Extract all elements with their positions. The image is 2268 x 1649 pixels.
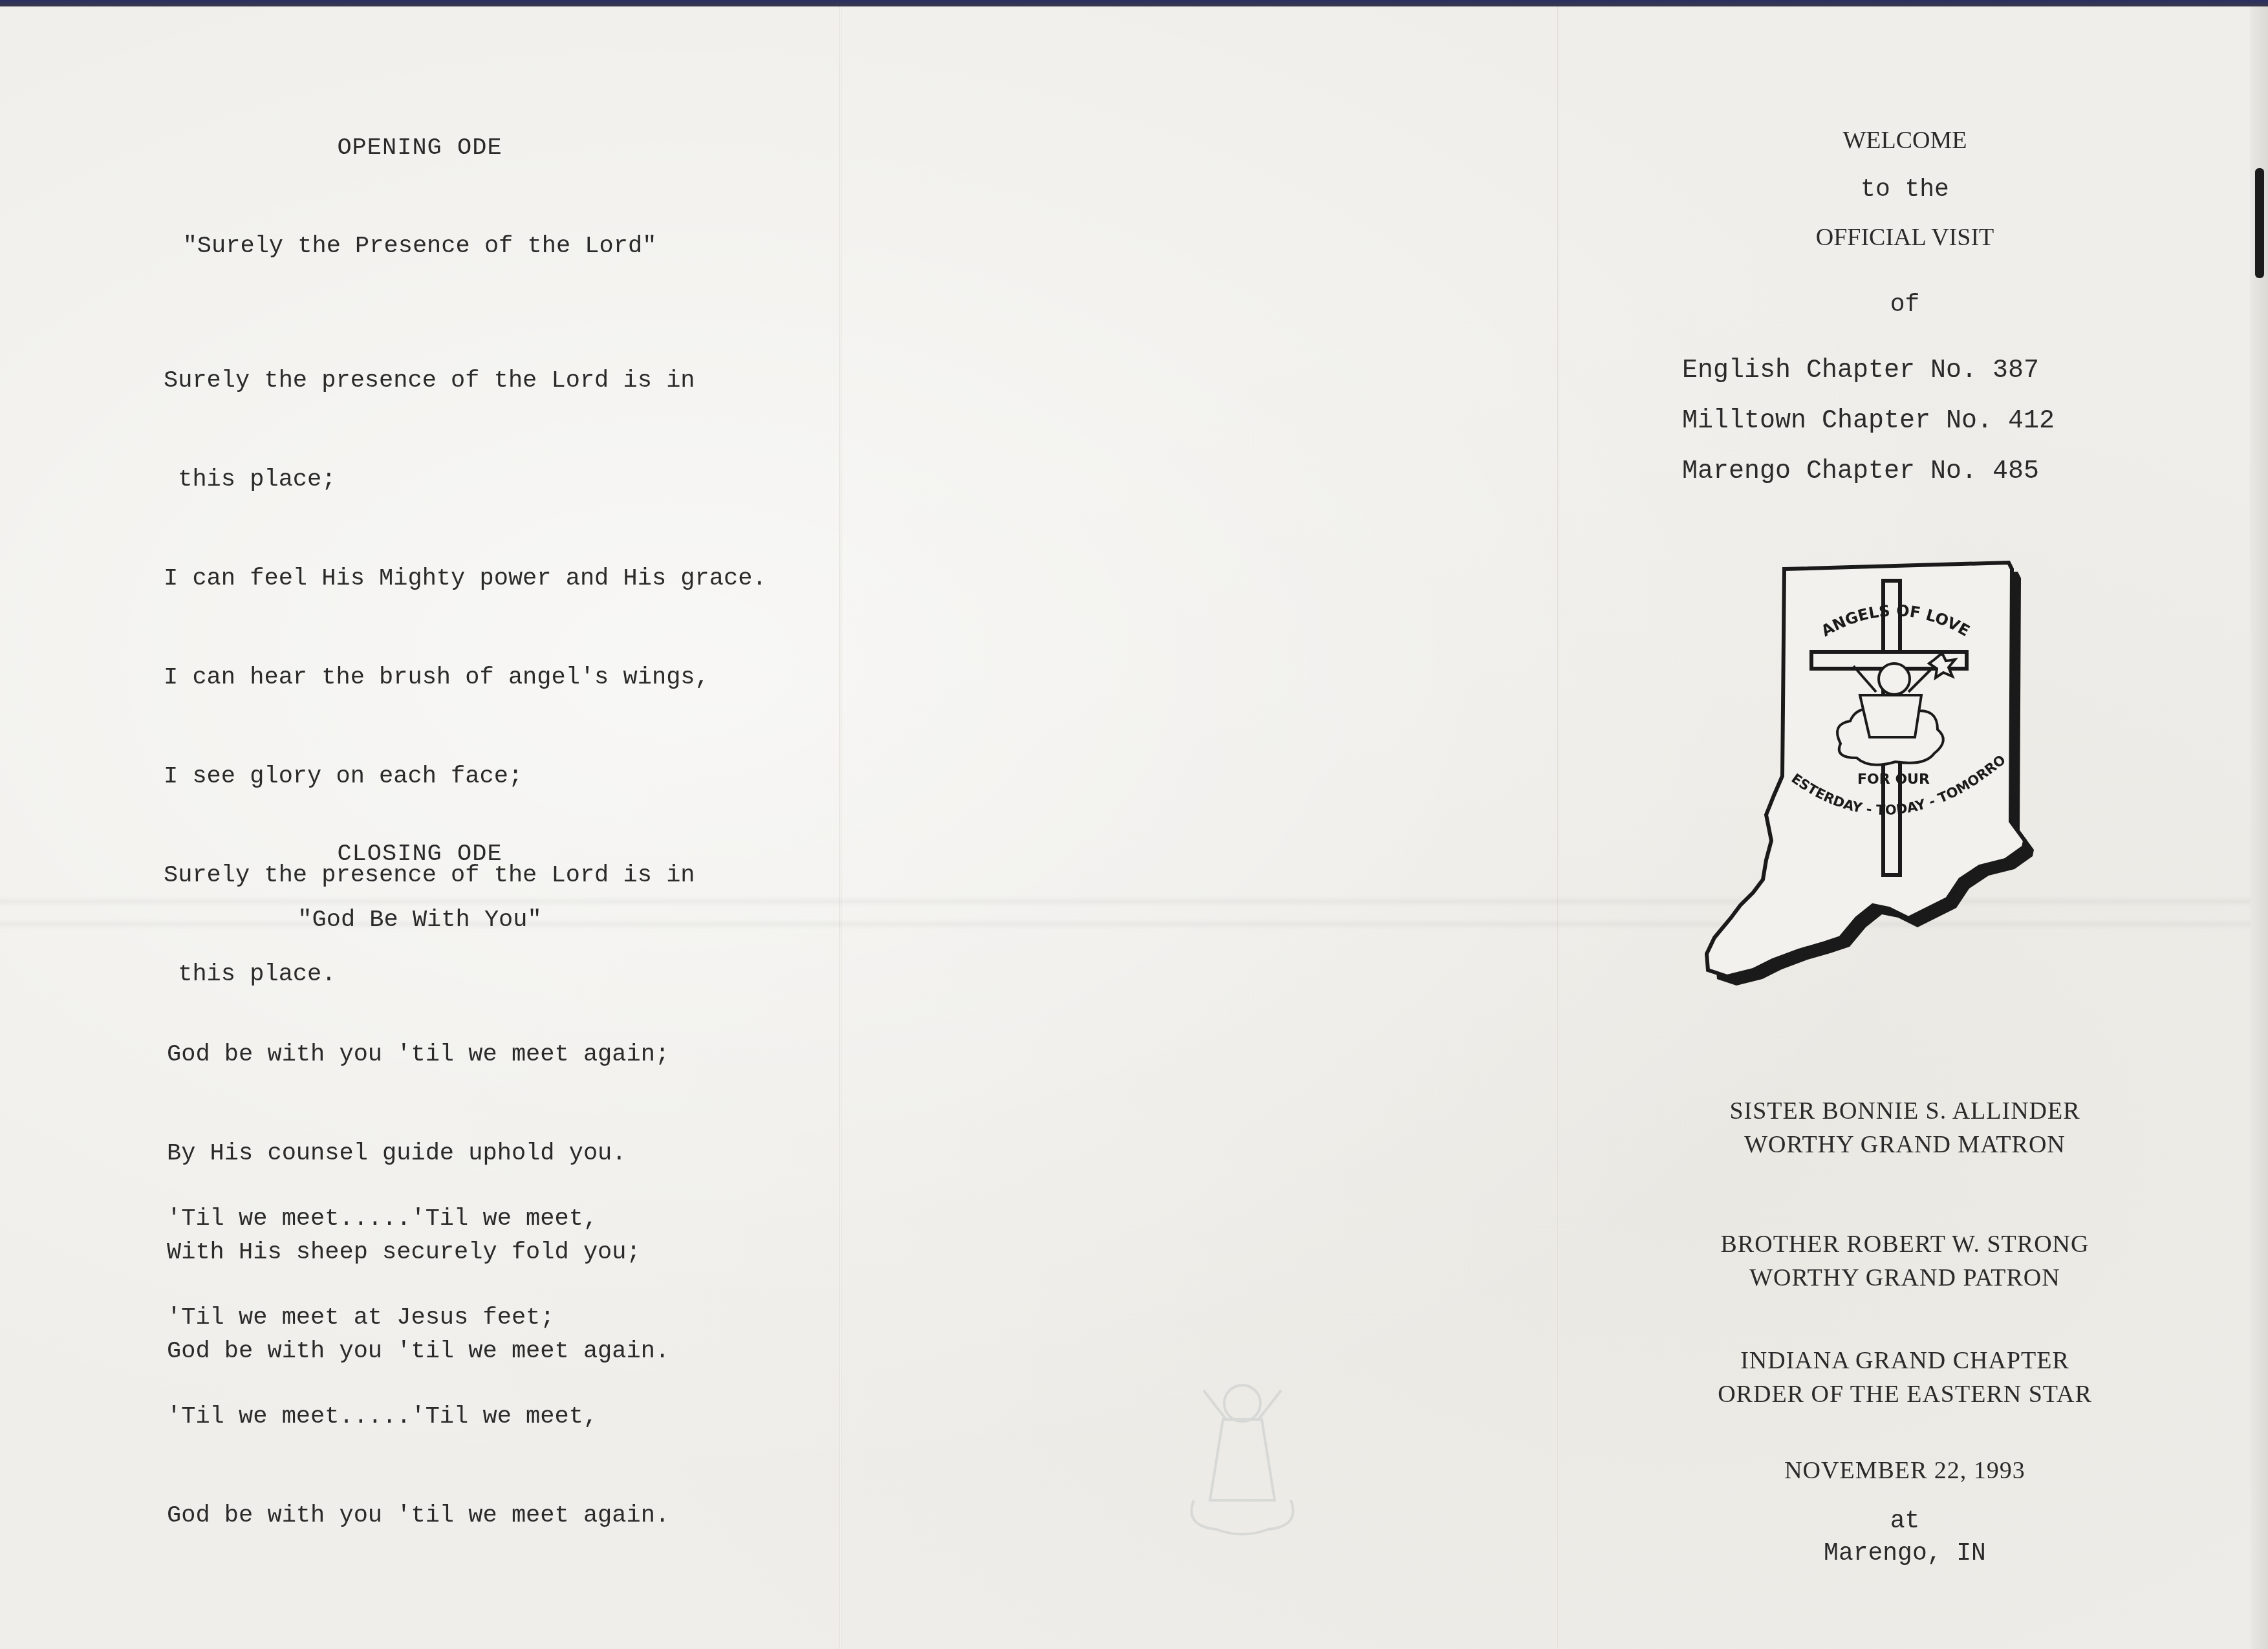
scan-edge-shadow bbox=[2255, 168, 2264, 278]
welcome-heading: WELCOME bbox=[1559, 126, 2251, 155]
chapter-item: Marengo Chapter No. 485 bbox=[1682, 447, 2055, 497]
verse-line: 'Til we meet.....'Til we meet, bbox=[167, 1401, 669, 1434]
official-visit-heading: OFFICIAL VISIT bbox=[1559, 223, 2251, 252]
chapter-item: English Chapter No. 387 bbox=[1682, 346, 2055, 396]
verse-line: God be with you 'til we meet again; bbox=[167, 1039, 669, 1072]
at-text: at bbox=[1559, 1505, 2251, 1538]
grand-matron-block: SISTER BONNIE S. ALLINDER WORTHY GRAND M… bbox=[1559, 1094, 2251, 1161]
emblem-middle-text: FOR OUR bbox=[1857, 771, 1930, 788]
opening-ode-title: "Surely the Presence of the Lord" bbox=[0, 233, 839, 260]
organization-line-1: INDIANA GRAND CHAPTER bbox=[1559, 1344, 2251, 1377]
verse-line: God be with you 'til we meet again. bbox=[167, 1500, 669, 1533]
chapter-item: Milltown Chapter No. 412 bbox=[1682, 396, 2055, 447]
closing-ode-heading: CLOSING ODE bbox=[0, 841, 839, 868]
scan-top-border bbox=[0, 0, 2268, 6]
event-date: NOVEMBER 22, 1993 bbox=[1559, 1456, 2251, 1485]
closing-ode-stanza-2: 'Til we meet.....'Til we meet, 'Til we m… bbox=[167, 1137, 669, 1599]
to-the-text: to the bbox=[1559, 176, 2251, 204]
chapter-list: English Chapter No. 387 Milltown Chapter… bbox=[1682, 346, 2055, 497]
faint-angel-bleedthrough-icon bbox=[1178, 1345, 1307, 1539]
verse-line: 'Til we meet.....'Til we meet, bbox=[167, 1203, 669, 1236]
middle-panel-blank bbox=[841, 6, 1557, 1649]
of-text: of bbox=[1559, 291, 2251, 319]
event-location-block: at Marengo, IN bbox=[1559, 1505, 2251, 1570]
verse-line: 'Til we meet at Jesus feet; bbox=[167, 1302, 669, 1335]
verse-line: this place; bbox=[164, 464, 767, 497]
indiana-cross-angel-emblem-icon: ANGELS OF LOVE FOR OUR YESTERDAY - TODAY… bbox=[1701, 556, 2090, 1009]
opening-ode-verse: Surely the presence of the Lord is in th… bbox=[164, 299, 767, 1057]
organization-block: INDIANA GRAND CHAPTER ORDER OF THE EASTE… bbox=[1559, 1344, 2251, 1411]
grand-matron-name: SISTER BONNIE S. ALLINDER bbox=[1559, 1094, 2251, 1128]
verse-line: I can feel His Mighty power and His grac… bbox=[164, 563, 767, 596]
closing-ode-title: "God Be With You" bbox=[0, 907, 839, 934]
event-location: Marengo, IN bbox=[1559, 1538, 2251, 1570]
organization-line-2: ORDER OF THE EASTERN STAR bbox=[1559, 1377, 2251, 1411]
verse-line: Surely the presence of the Lord is in bbox=[164, 365, 767, 398]
opening-ode-heading: OPENING ODE bbox=[0, 135, 839, 162]
verse-line: I see glory on each face; bbox=[164, 760, 767, 793]
right-panel-cover: WELCOME to the OFFICIAL VISIT of English… bbox=[1559, 6, 2251, 1649]
grand-patron-name: BROTHER ROBERT W. STRONG bbox=[1559, 1227, 2251, 1261]
grand-patron-title: WORTHY GRAND PATRON bbox=[1559, 1261, 2251, 1295]
grand-matron-title: WORTHY GRAND MATRON bbox=[1559, 1128, 2251, 1161]
verse-line: I can hear the brush of angel's wings, bbox=[164, 662, 767, 695]
grand-patron-block: BROTHER ROBERT W. STRONG WORTHY GRAND PA… bbox=[1559, 1227, 2251, 1295]
left-panel-odes: OPENING ODE "Surely the Presence of the … bbox=[0, 6, 839, 1649]
